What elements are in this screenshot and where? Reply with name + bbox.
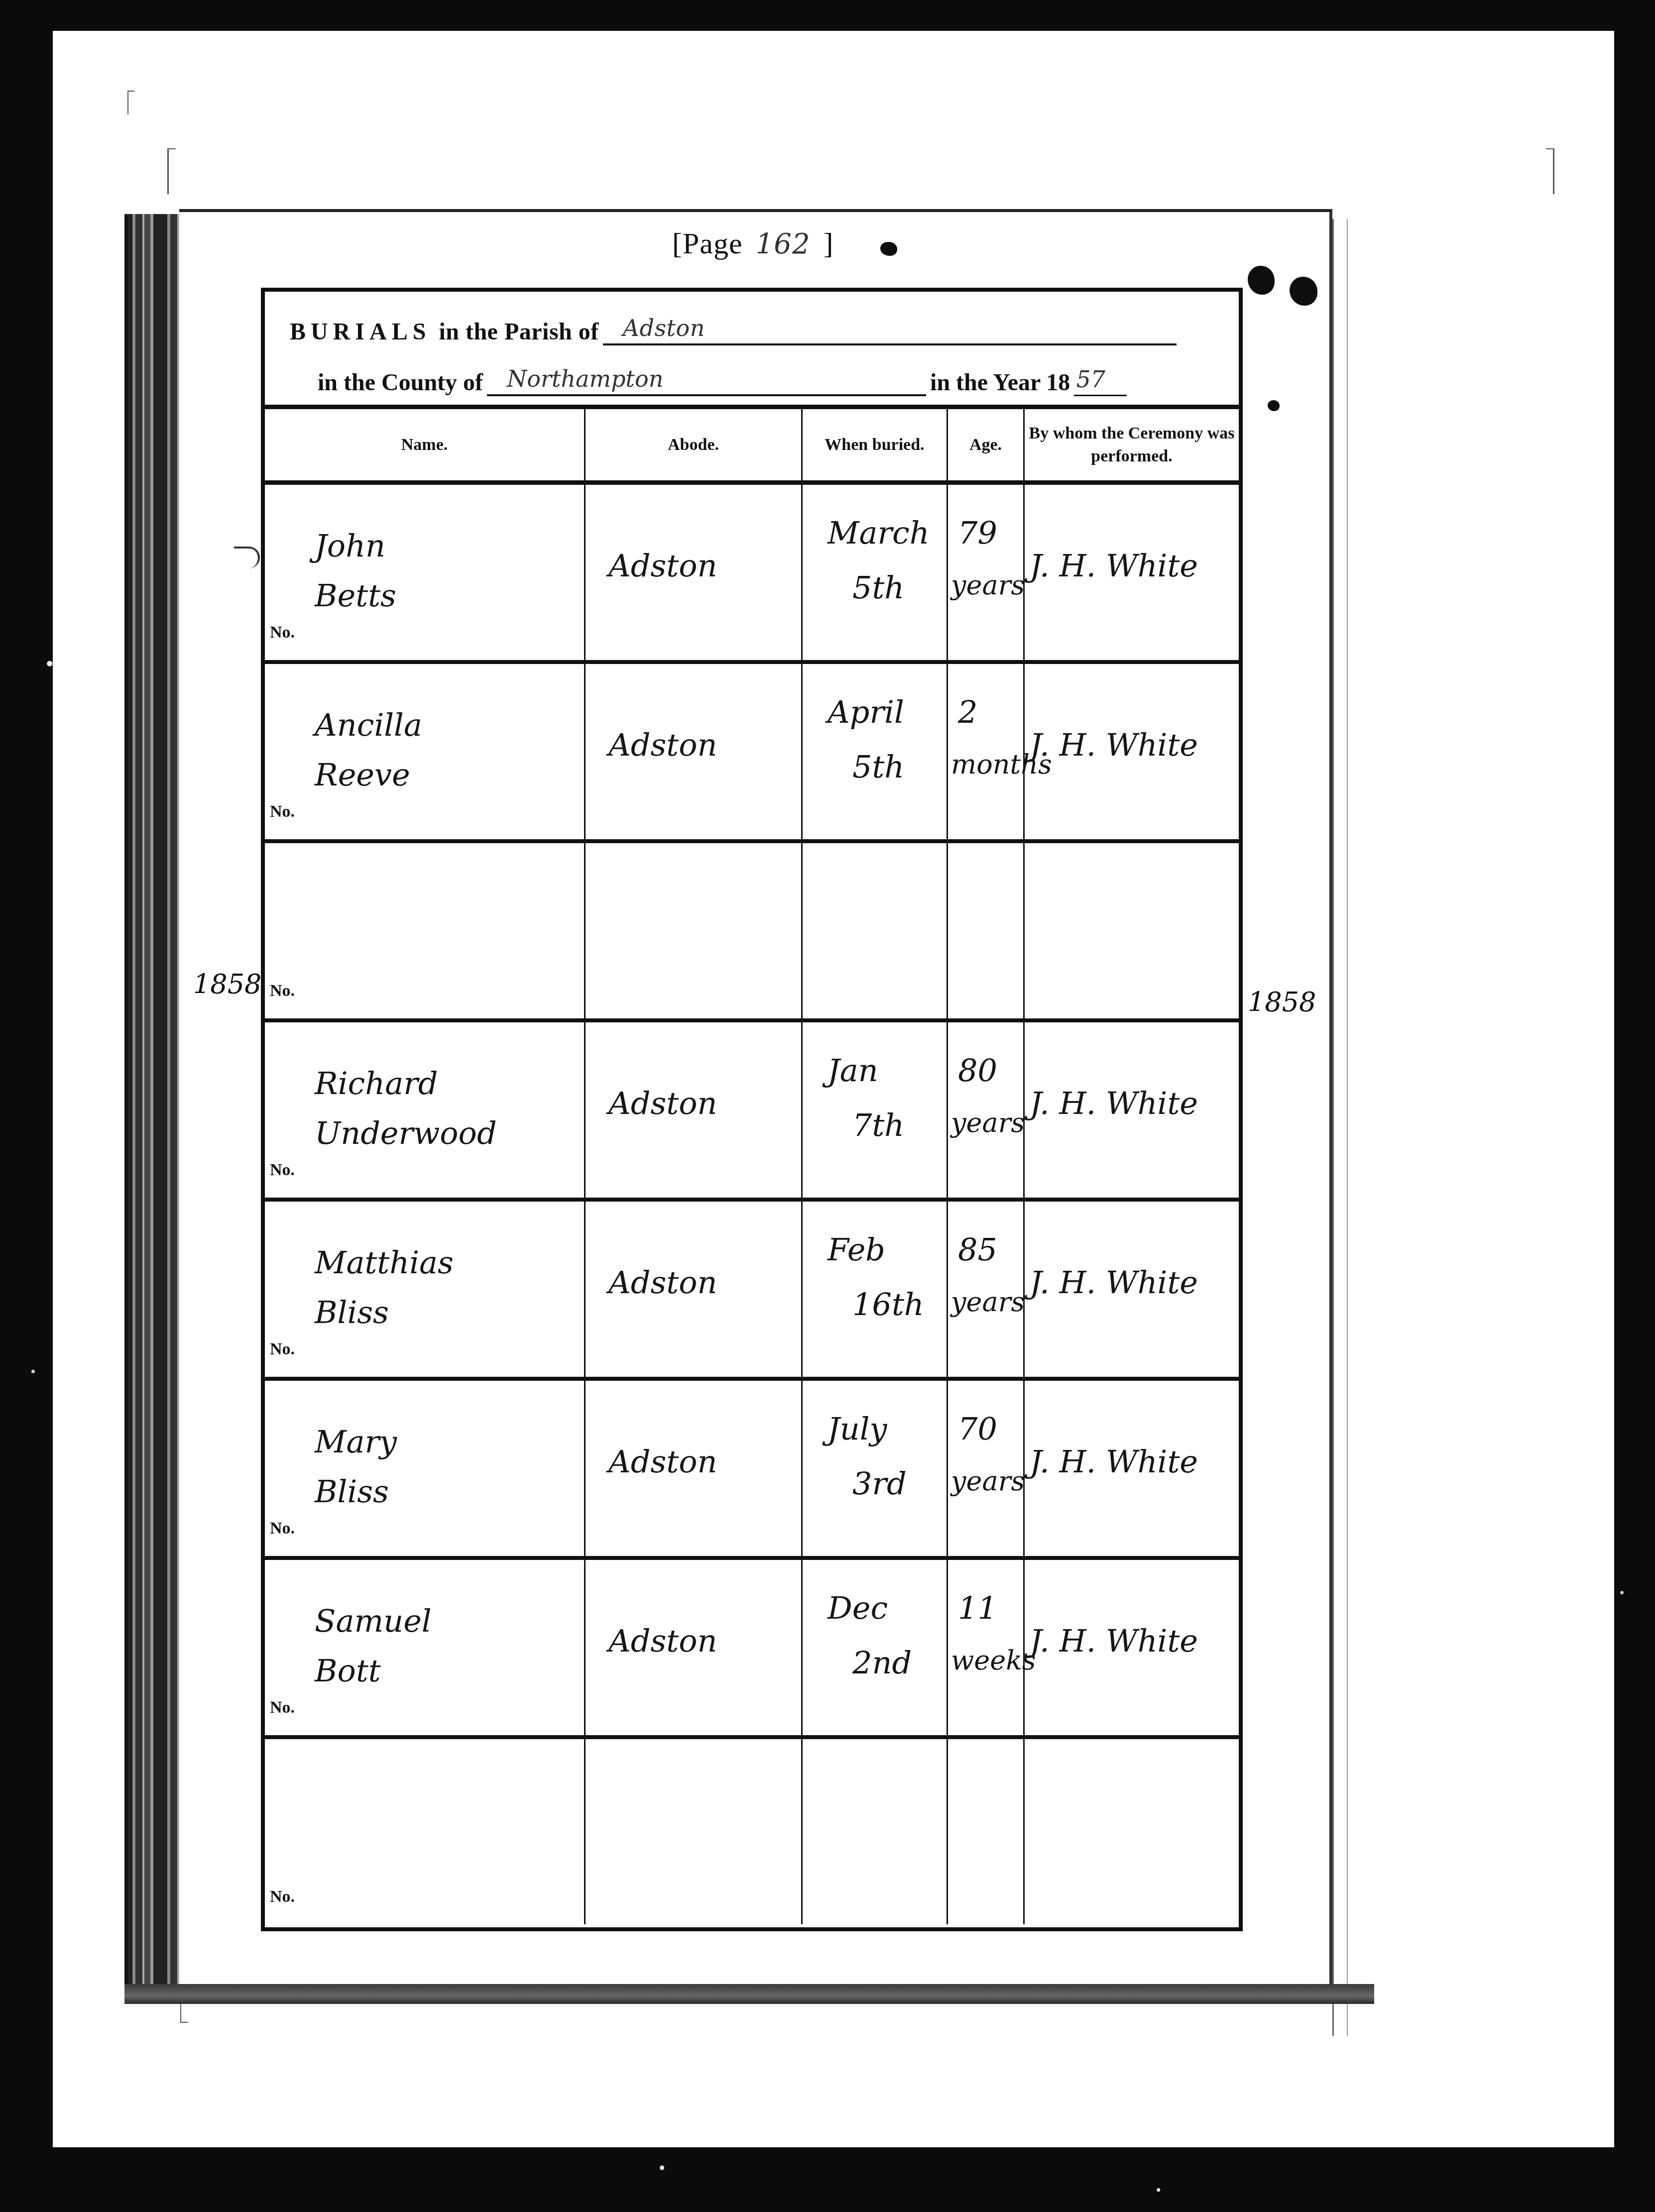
burial-month: Feb [827, 1231, 885, 1268]
officiant-value: J. H. White [1030, 1085, 1198, 1121]
county-label: in the County of [318, 369, 483, 396]
when-buried-cell: Jan 7th [803, 1022, 948, 1198]
abode-value: Adston [608, 1623, 717, 1659]
entry-number-label: No. [270, 1161, 295, 1180]
surname: Reeve [315, 757, 410, 793]
ink-blot-icon [1290, 277, 1317, 306]
abode-cell: Adston [586, 1022, 803, 1198]
name-cell: Matthias Bliss No. [265, 1202, 586, 1377]
burial-day: 2nd [852, 1645, 912, 1681]
column-header-name: Name. [265, 409, 586, 480]
crop-mark [167, 148, 176, 194]
county-line: in the County of Northampton in the Year… [290, 364, 1239, 396]
abode-value: Adston [608, 1264, 717, 1301]
margin-tick-icon [234, 547, 260, 568]
abode-cell: Adston [586, 485, 803, 660]
abode-cell [586, 843, 803, 1018]
register-title-block: BURIALS in the Parish of Adston in the C… [265, 292, 1239, 409]
column-header-row: Name. Abode. When buried. Age. By whom t… [265, 409, 1239, 485]
age-value: 70 [958, 1411, 997, 1447]
entry-number-label: No. [270, 623, 295, 642]
abode-value: Adston [608, 1085, 717, 1121]
table-row: John Betts No. Adston March 5th 79 years… [265, 485, 1239, 664]
page-number-handwritten: 162 [756, 228, 811, 260]
surname: Bott [315, 1653, 381, 1689]
age-cell: 2 months [948, 664, 1025, 839]
forename: Richard [315, 1065, 438, 1102]
surname: Bliss [315, 1473, 389, 1510]
table-row: No. [265, 1739, 1239, 1924]
forename: Matthias [315, 1244, 454, 1281]
when-buried-cell: April 5th [803, 664, 948, 839]
officiant-cell: J. H. White [1025, 1381, 1239, 1556]
age-cell: 80 years [948, 1022, 1025, 1198]
margin-note-right-year: 1858 [1248, 987, 1316, 1018]
entry-number-label: No. [270, 1698, 295, 1717]
surname: Betts [315, 577, 396, 614]
age-value: 80 [958, 1052, 997, 1089]
crop-mark [127, 91, 134, 114]
ink-blot-icon [880, 242, 897, 256]
burial-day: 5th [852, 749, 904, 785]
age-cell: 11 weeks [948, 1560, 1025, 1735]
table-row: Mary Bliss No. Adston July 3rd 70 years … [265, 1381, 1239, 1560]
entry-number-label: No. [270, 1519, 295, 1538]
age-unit: weeks [951, 1645, 1036, 1676]
when-buried-cell [803, 1739, 948, 1924]
age-cell [948, 1739, 1025, 1924]
year-label: in the Year 18 [930, 369, 1070, 396]
name-cell: No. [265, 843, 586, 1018]
name-cell: Mary Bliss No. [265, 1381, 586, 1556]
column-header-by-whom: By whom the Ceremony was performed. [1025, 409, 1239, 480]
abode-cell: Adston [586, 1381, 803, 1556]
forename: John [315, 528, 385, 564]
forename: Ancilla [315, 707, 422, 743]
officiant-value: J. H. White [1030, 727, 1198, 763]
age-cell: 79 years [948, 485, 1025, 660]
abode-cell: Adston [586, 664, 803, 839]
county-field: Northampton [487, 364, 926, 396]
entry-number-label: No. [270, 1887, 295, 1906]
table-row: Richard Underwood No. Adston Jan 7th 80 … [265, 1022, 1239, 1202]
column-header-abode: Abode. [586, 409, 803, 480]
forename: Samuel [315, 1603, 432, 1639]
table-row: Samuel Bott No. Adston Dec 2nd 11 weeks … [265, 1560, 1239, 1739]
officiant-value: J. H. White [1030, 1623, 1198, 1659]
officiant-cell [1025, 1739, 1239, 1924]
ink-blot-icon [1268, 400, 1280, 411]
crop-mark [1546, 148, 1554, 194]
age-value: 79 [958, 515, 997, 551]
burial-month: March [827, 515, 930, 551]
when-buried-cell: July 3rd [803, 1381, 948, 1556]
when-buried-cell: March 5th [803, 485, 948, 660]
name-cell: John Betts No. [265, 485, 586, 660]
age-cell: 85 years [948, 1202, 1025, 1377]
page-edge [1332, 219, 1348, 2036]
name-cell: Samuel Bott No. [265, 1560, 586, 1735]
burials-heading: BURIALS [290, 318, 431, 345]
officiant-cell: J. H. White [1025, 1202, 1239, 1377]
age-value: 85 [958, 1231, 997, 1268]
officiant-cell: J. H. White [1025, 485, 1239, 660]
column-header-when-buried: When buried. [803, 409, 948, 480]
page-number-label: [Page 162 ] [672, 226, 834, 261]
ink-blot-icon [1248, 266, 1275, 295]
book-spine [124, 214, 182, 1991]
burial-month: Jan [827, 1052, 878, 1089]
when-buried-cell: Dec 2nd [803, 1560, 948, 1735]
page-label-suffix: ] [824, 227, 834, 260]
officiant-cell [1025, 843, 1239, 1018]
abode-cell: Adston [586, 1202, 803, 1377]
officiant-cell: J. H. White [1025, 1022, 1239, 1198]
age-cell [948, 843, 1025, 1018]
entry-number-label: No. [270, 802, 295, 821]
surname: Underwood [315, 1115, 497, 1151]
page-edge-bottom [124, 1984, 1374, 2004]
parish-field: Adston [603, 314, 1177, 345]
age-unit: years [951, 1465, 1025, 1497]
officiant-value: J. H. White [1030, 1264, 1198, 1301]
entry-number-label: No. [270, 1340, 295, 1359]
burial-day: 3rd [852, 1465, 907, 1502]
age-unit: years [951, 1107, 1025, 1138]
officiant-cell: J. H. White [1025, 1560, 1239, 1735]
name-cell: No. [265, 1739, 586, 1924]
when-buried-cell: Feb 16th [803, 1202, 948, 1377]
parish-label: in the Parish of [439, 318, 598, 345]
year-field: 57 [1074, 365, 1127, 396]
entry-number-label: No. [270, 982, 295, 1000]
margin-note-left-year: 1858 [193, 969, 261, 1000]
forename: Mary [315, 1424, 397, 1460]
table-row: No. [265, 843, 1239, 1022]
burial-day: 16th [852, 1286, 924, 1323]
abode-value: Adston [608, 548, 717, 584]
officiant-value: J. H. White [1030, 548, 1198, 584]
parish-line: BURIALS in the Parish of Adston [290, 314, 1239, 345]
page-label-prefix: [Page [672, 227, 743, 260]
burial-day: 5th [852, 569, 904, 606]
entries-list: John Betts No. Adston March 5th 79 years… [265, 485, 1239, 1924]
age-unit: years [951, 569, 1025, 601]
name-cell: Richard Underwood No. [265, 1022, 586, 1198]
abode-cell [586, 1739, 803, 1924]
burial-day: 7th [852, 1107, 904, 1143]
table-row: Matthias Bliss No. Adston Feb 16th 85 ye… [265, 1202, 1239, 1381]
column-header-age: Age. [948, 409, 1025, 480]
age-value: 2 [958, 694, 977, 730]
officiant-cell: J. H. White [1025, 664, 1239, 839]
abode-cell: Adston [586, 1560, 803, 1735]
burial-month: July [827, 1411, 887, 1447]
abode-value: Adston [608, 1443, 717, 1480]
officiant-value: J. H. White [1030, 1443, 1198, 1480]
age-value: 11 [958, 1590, 997, 1626]
table-row: Ancilla Reeve No. Adston April 5th 2 mon… [265, 664, 1239, 843]
age-cell: 70 years [948, 1381, 1025, 1556]
age-unit: years [951, 1286, 1025, 1318]
when-buried-cell [803, 843, 948, 1018]
burial-month: April [827, 694, 904, 730]
name-cell: Ancilla Reeve No. [265, 664, 586, 839]
burial-month: Dec [827, 1590, 888, 1626]
surname: Bliss [315, 1294, 389, 1330]
burial-register-table: BURIALS in the Parish of Adston in the C… [261, 288, 1243, 1931]
abode-value: Adston [608, 727, 717, 763]
